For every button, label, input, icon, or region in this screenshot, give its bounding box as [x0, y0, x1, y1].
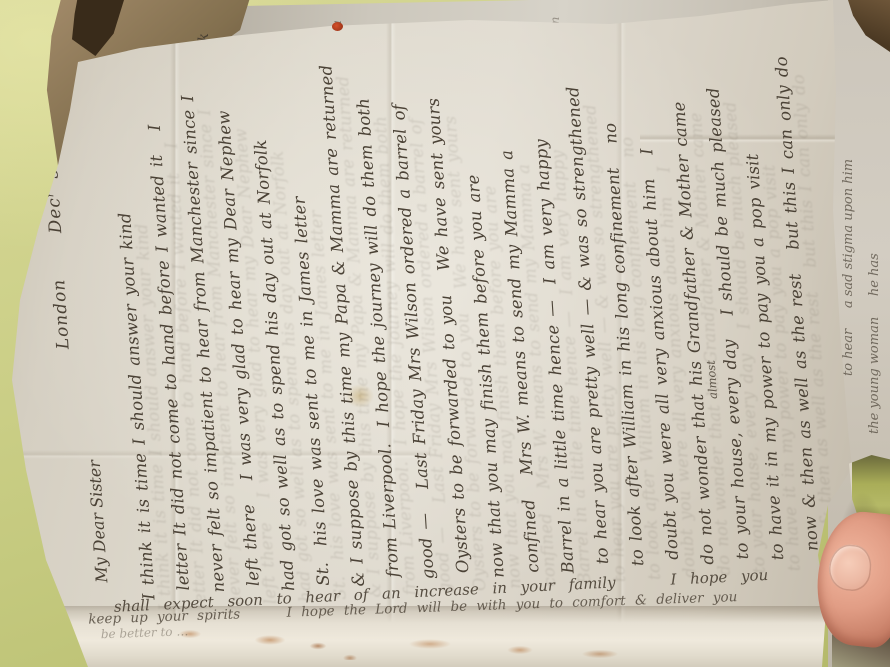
salutation: My Dear Sister [85, 459, 112, 583]
letter-body: I think it is time I should answer your … [97, 12, 830, 601]
inserted-word: almost [704, 360, 720, 400]
letter-text-rotated: I think it is time I should answer your … [65, 30, 845, 620]
letter-content: I think it is time I should answer your … [32, 0, 848, 625]
letter-photo: lk su m to hear a sad stigma upon him th… [0, 0, 890, 667]
letter-page: I think it is time I should answer your … [0, 0, 890, 667]
fingernail [827, 543, 874, 593]
wax-mark [332, 22, 343, 31]
